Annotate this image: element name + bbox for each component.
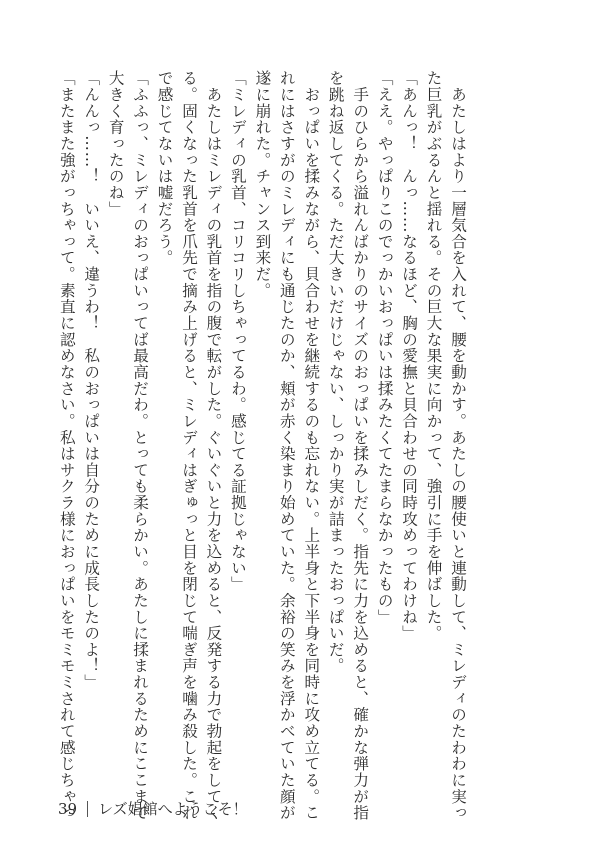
text-line: 「ええ。やっぱりこのでっかいおっぱいは揉みたくてたまらなかったもの」 xyxy=(372,70,396,772)
footer-divider xyxy=(87,801,88,817)
text-line: 「またまた強がっちゃって。素直に認めなさい。私はサクラ様におっぱいをモミモミされ… xyxy=(54,70,78,772)
text-line: あたしはより一層気合を入れて、腰を動かす。あたしの腰使いと連動して、ミレディのた… xyxy=(446,70,470,772)
text-line: を跳ね返してくる。ただ大きいだけじゃない、しっかり実が詰まったおっぱいだ。 xyxy=(323,70,347,772)
text-line: 手のひらから溢れんばかりのサイズのおっぱいを揉みしだく。指先に力を込めると、確か… xyxy=(348,70,372,772)
text-line: あたしはミレディの乳首を指の腹で転がした。ぐいぐいと力を込めると、反発する力で勃… xyxy=(201,70,225,772)
text-line: る。固くなった乳首を爪先で摘み上げると、ミレディはぎゅっと目を閉じて喘ぎ声を噛み… xyxy=(177,70,201,772)
text-line: た巨乳がぶるんと揺れる。その巨大な果実に向かって、強引に手を伸ばした。 xyxy=(421,70,445,772)
text-line: 遂に崩れた。チャンス到来だ。 xyxy=(250,70,274,772)
text-line: で感じてないは嘘だろう。 xyxy=(152,70,176,772)
text-line: おっぱいを揉みながら、貝合わせを継続するのも忘れない。上半身と下半身を同時に攻め… xyxy=(299,70,323,772)
page-number: 39 xyxy=(58,800,77,818)
page-footer: 39 レズ娼館へようこそ！ xyxy=(58,798,248,819)
text-line: 「ミレディの乳首、コリコリしちゃってるわ。感じてる証拠じゃない」 xyxy=(225,70,249,772)
text-line: 「ふふっ、ミレディのおっぱいってば最高だわ。とっても柔らかい。あたしに揉まれるた… xyxy=(128,70,152,772)
book-title: レズ娼館へようこそ！ xyxy=(98,798,248,819)
text-line: れにはさすがのミレディにも通じたのか、頬が赤く染まり始めていた。余裕の笑みを浮か… xyxy=(274,70,298,772)
text-line: 大きく育ったのね」 xyxy=(103,70,127,772)
vertical-text-body: あたしはより一層気合を入れて、腰を動かす。あたしの腰使いと連動して、ミレディのた… xyxy=(54,70,470,772)
text-line: 「あんっ！ んっ……なるほど、胸の愛撫と貝合わせの同時攻めってわけね」 xyxy=(397,70,421,772)
book-page: あたしはより一層気合を入れて、腰を動かす。あたしの腰使いと連動して、ミレディのた… xyxy=(0,0,600,841)
text-line: 「んんっ……！ いいえ、違うわ！ 私のおっぱいは自分のために成長したのよ！」 xyxy=(79,70,103,772)
